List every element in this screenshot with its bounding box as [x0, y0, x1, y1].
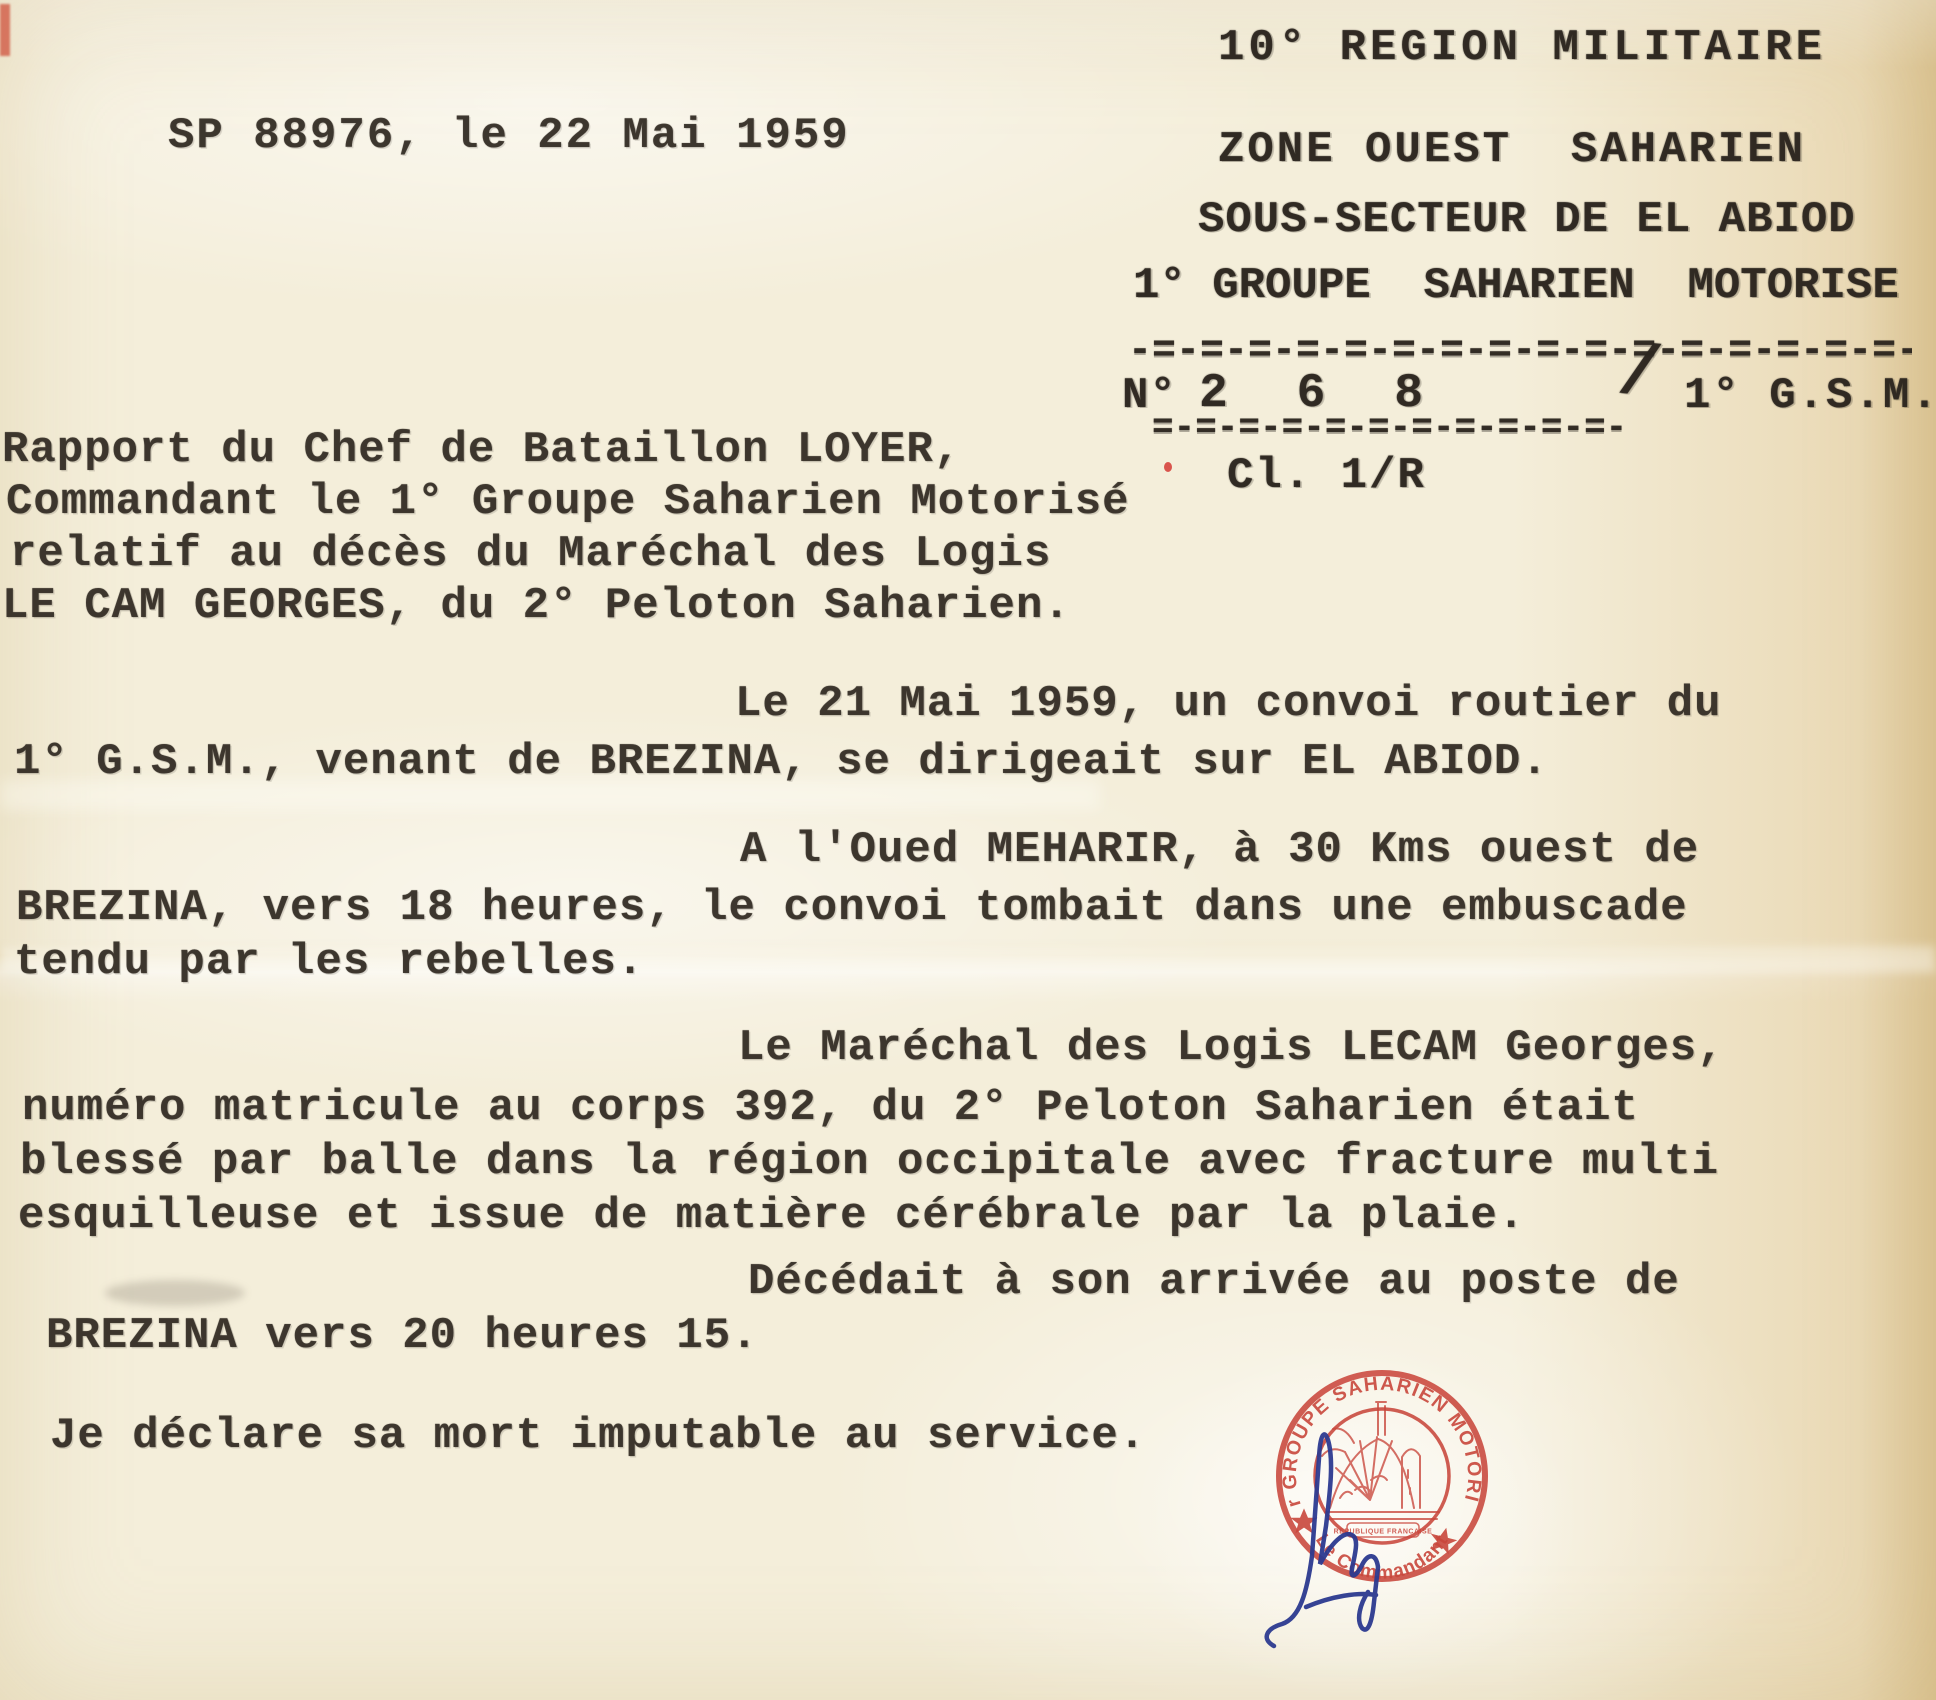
header-line-groupe: 1° GROUPE SAHARIEN MOTORISE: [1133, 262, 1899, 310]
subject-line: Rapport du Chef de Bataillon LOYER,: [2, 426, 961, 474]
dateline: SP 88976, le 22 Mai 1959: [168, 112, 850, 160]
header-line-sous-secteur: SOUS-SECTEUR DE EL ABIOD: [1198, 196, 1856, 244]
body-line: A l'Oued MEHARIR, à 30 Kms ouest de: [740, 826, 1699, 874]
classification: Cl. 1/R: [1227, 452, 1426, 500]
subject-line: Commandant le 1° Groupe Saharien Motoris…: [6, 478, 1130, 526]
subject-line: LE CAM GEORGES, du 2° Peloton Saharien.: [2, 582, 1071, 630]
body-line: numéro matricule au corps 392, du 2° Pel…: [22, 1084, 1639, 1132]
report-number-underline: =-=-=-=-=-=-=-=-=-=-=-=: [1152, 408, 1628, 448]
body-line: BREZINA vers 20 heures 15.: [46, 1312, 759, 1360]
body-line: blessé par balle dans la région occipita…: [20, 1138, 1719, 1186]
subject-line: relatif au décès du Maréchal des Logis: [10, 530, 1051, 578]
body-line: esquilleuse et issue de matière cérébral…: [18, 1192, 1525, 1240]
red-edge-mark: [0, 4, 10, 56]
body-line: tendu par les rebelles.: [14, 938, 644, 986]
unit-stamp: 1er GROUPE SAHARIEN MOTORISE Le Commanda…: [1140, 1340, 1560, 1680]
body-line: Le 21 Mai 1959, un convoi routier du: [735, 680, 1722, 728]
body-line: Le Maréchal des Logis LECAM Georges,: [738, 1024, 1725, 1072]
stamp-ring-text: 1er GROUPE SAHARIEN MOTORISE: [1140, 1340, 1485, 1510]
body-line: Décédait à son arrivée au poste de: [748, 1258, 1680, 1306]
red-speck: [1164, 462, 1172, 472]
header-line-zone: ZONE OUEST SAHARIEN: [1218, 126, 1806, 174]
report-unit: 1° G.S.M.: [1684, 372, 1936, 420]
paper-smudge: [105, 1280, 245, 1306]
report-number-slash: /: [1614, 334, 1666, 417]
report-document: SP 88976, le 22 Mai 1959 10° REGION MILI…: [0, 0, 1936, 1700]
body-line: BREZINA, vers 18 heures, le convoi tomba…: [16, 884, 1688, 932]
header-line-region: 10° REGION MILITAIRE: [1218, 24, 1826, 72]
body-line: Je déclare sa mort imputable au service.: [50, 1412, 1146, 1460]
body-line: 1° G.S.M., venant de BREZINA, se dirigea…: [14, 738, 1549, 786]
stamp-bottom-text: Le Commandant: [1311, 1531, 1453, 1584]
